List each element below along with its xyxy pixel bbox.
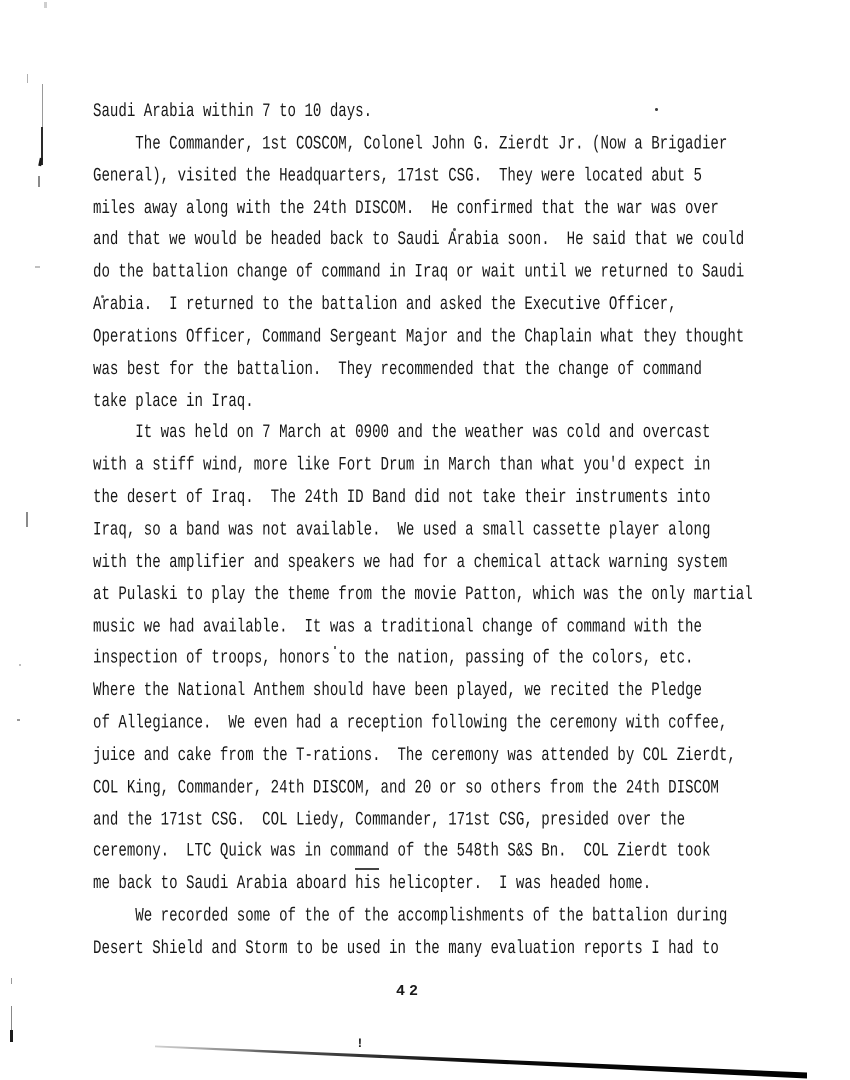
scan-artifact-margin-tick xyxy=(38,176,40,187)
text-line: Where the National Anthem should have be… xyxy=(93,676,783,708)
scan-artifact-margin-speck-2 xyxy=(19,664,21,666)
scan-artifact-margin-dash xyxy=(35,266,40,268)
text-line: with a stiff wind, more like Fort Drum i… xyxy=(93,451,783,483)
text-line: The Commander, 1st COSCOM, Colonel John … xyxy=(93,129,783,161)
text-line: the desert of Iraq. The 24th ID Band did… xyxy=(93,483,783,515)
text-line: It was held on 7 March at 0900 and the w… xyxy=(93,419,783,451)
text-line: juice and cake from the T-rations. The c… xyxy=(93,741,783,773)
scan-artifact-margin-speck-3 xyxy=(17,719,20,721)
scan-artifact-bottomleft-line xyxy=(11,1006,12,1032)
text-line: We recorded some of the of the accomplis… xyxy=(93,902,783,934)
text-line: miles away along with the 24th DISCOM. H… xyxy=(93,194,783,226)
scan-artifact-speck-topleft xyxy=(44,2,47,8)
text-line: at Pulaski to play the theme from the mo… xyxy=(93,580,783,612)
text-line: Saudi Arabia within 7 to 10 days. xyxy=(93,97,783,129)
text-line: inspection of troops, honors to the nati… xyxy=(93,644,783,676)
text-line: Arabia. I returned to the battalion and … xyxy=(93,290,783,322)
text-line: Operations Officer, Command Sergeant Maj… xyxy=(93,322,783,354)
scan-artifact-margin-line-upper xyxy=(42,84,43,130)
text-line: COL King, Commander, 24th DISCOM, and 20… xyxy=(93,773,783,805)
text-line: and the 171st CSG. COL Liedy, Commander,… xyxy=(93,805,783,837)
text-line: and that we would be headed back to Saud… xyxy=(93,226,783,258)
text-line: of Allegiance. We even had a reception f… xyxy=(93,709,783,741)
scan-artifact-bottomleft-tick xyxy=(11,978,12,984)
text-line: General), visited the Headquarters, 171s… xyxy=(93,161,783,193)
page-number: 42 xyxy=(396,983,422,1000)
text-line: take place in Iraq. xyxy=(93,387,783,419)
text-line: was best for the battalion. They recomme… xyxy=(93,355,783,387)
text-line: ceremony. LTC Quick was in command of th… xyxy=(93,837,783,869)
text-line: Desert Shield and Storm to be used in th… xyxy=(93,934,783,966)
typed-text-block: Saudi Arabia within 7 to 10 days. The Co… xyxy=(93,97,783,966)
text-line: me back to Saudi Arabia aboard his helic… xyxy=(93,870,783,902)
text-line: music we had available. It was a traditi… xyxy=(93,612,783,644)
text-line: do the battalion change of command in Ir… xyxy=(93,258,783,290)
scanned-document-page: Saudi Arabia within 7 to 10 days. The Co… xyxy=(0,0,850,1080)
text-line: with the amplifier and speakers we had f… xyxy=(93,548,783,580)
scan-artifact-margin-line-dark xyxy=(41,127,43,165)
text-line: Iraq, so a band was not available. We us… xyxy=(93,515,783,547)
scan-artifact-bottom-wedge xyxy=(0,1040,850,1080)
scan-artifact-margin-hook xyxy=(38,158,43,166)
scan-artifact-margin-speck-1 xyxy=(27,74,28,83)
scan-artifact-margin-tick-2 xyxy=(26,512,28,527)
